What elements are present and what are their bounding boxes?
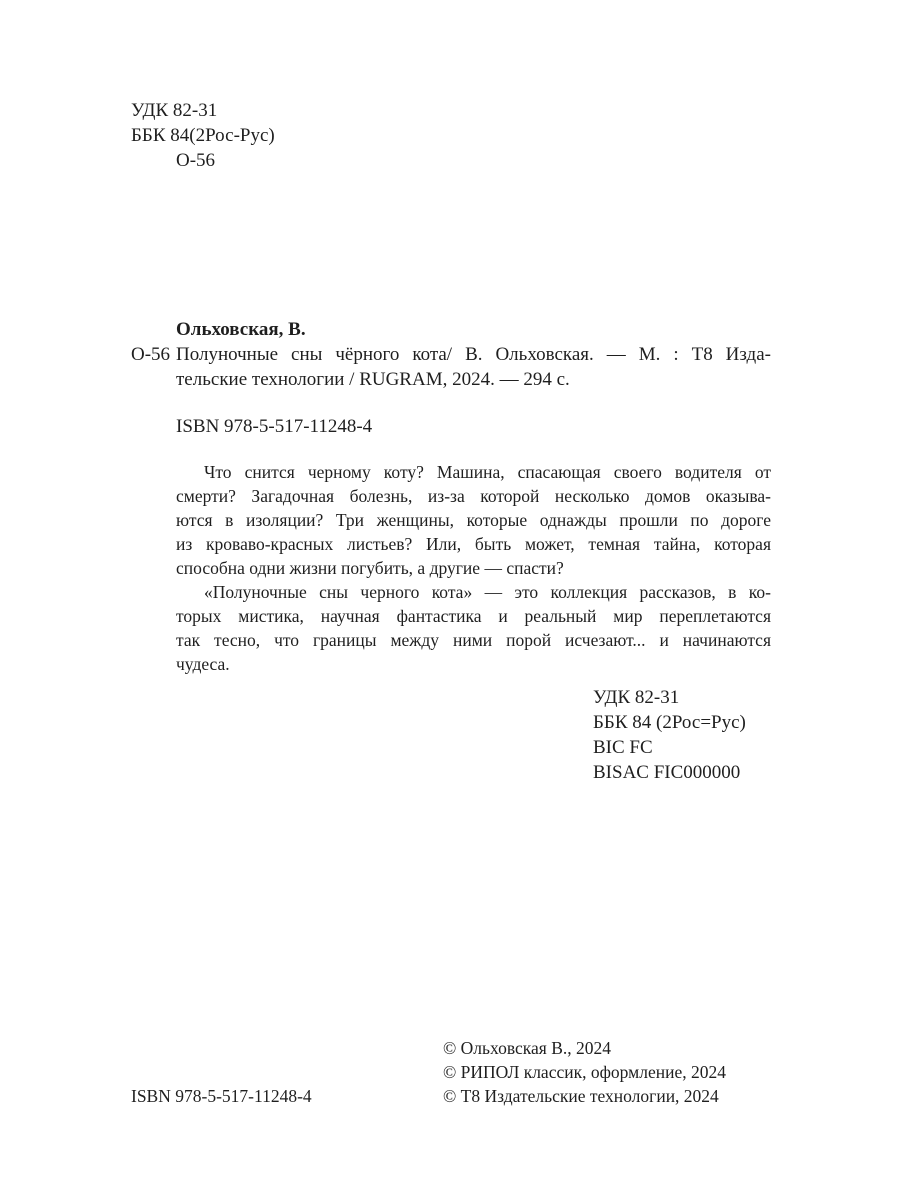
annotation-paragraph-2: «Полуночные сны черного кота» — это колл… xyxy=(176,580,771,676)
catalog-entry: Ольховская, В. О-56 Полуночные сны чёрно… xyxy=(131,317,771,392)
bic-code: BIC FC xyxy=(593,735,746,760)
bbk-code: ББК 84 (2Рос=Рус) xyxy=(593,710,746,735)
annotation-line: ются в изоляции? Три женщины, которые од… xyxy=(176,508,771,532)
copyright-line: © Т8 Издательские технологии, 2024 xyxy=(443,1084,726,1108)
author-heading: Ольховская, В. xyxy=(131,317,771,342)
classification-codes: УДК 82-31 ББК 84 (2Рос=Рус) BIC FC BISAC… xyxy=(593,685,746,785)
top-classification-codes: УДК 82-31 ББК 84(2Рос-Рус) О-56 xyxy=(131,98,275,173)
author-mark: О-56 xyxy=(131,148,275,173)
copyright-notices: © Ольховская В., 2024 © РИПОЛ классик, о… xyxy=(443,1036,726,1108)
annotation-line: «Полуночные сны черного кота» — это колл… xyxy=(176,580,771,604)
author-mark-code: О-56 xyxy=(131,342,176,367)
bisac-code: BISAC FIC000000 xyxy=(593,760,746,785)
annotation: Что снится черному коту? Машина, спасающ… xyxy=(176,460,771,676)
isbn: ISBN 978-5-517-11248-4 xyxy=(176,414,372,439)
bibliographic-description-line-2: тельские технологии / RUGRAM, 2024. — 29… xyxy=(131,367,771,392)
annotation-line: из кроваво-красных листьев? Или, быть мо… xyxy=(176,532,771,556)
bibliographic-description-line-1: Полуночные сны чёрного кота/ В. Ольховск… xyxy=(176,342,771,367)
bottom-isbn: ISBN 978-5-517-11248-4 xyxy=(131,1084,312,1108)
annotation-line: Что снится черному коту? Машина, спасающ… xyxy=(176,460,771,484)
annotation-line: торых мистика, научная фантастика и реал… xyxy=(176,604,771,628)
bbk-code: ББК 84(2Рос-Рус) xyxy=(131,123,275,148)
annotation-line: способна одни жизни погубить, а другие —… xyxy=(176,556,771,580)
copyright-line: © РИПОЛ классик, оформление, 2024 xyxy=(443,1060,726,1084)
annotation-line: так тесно, что границы между ними порой … xyxy=(176,628,771,652)
udk-code: УДК 82-31 xyxy=(131,98,275,123)
udk-code: УДК 82-31 xyxy=(593,685,746,710)
annotation-line: чудеса. xyxy=(176,652,771,676)
copyright-line: © Ольховская В., 2024 xyxy=(443,1036,726,1060)
annotation-line: смерти? Загадочная болезнь, из-за которо… xyxy=(176,484,771,508)
annotation-paragraph-1: Что снится черному коту? Машина, спасающ… xyxy=(176,460,771,580)
